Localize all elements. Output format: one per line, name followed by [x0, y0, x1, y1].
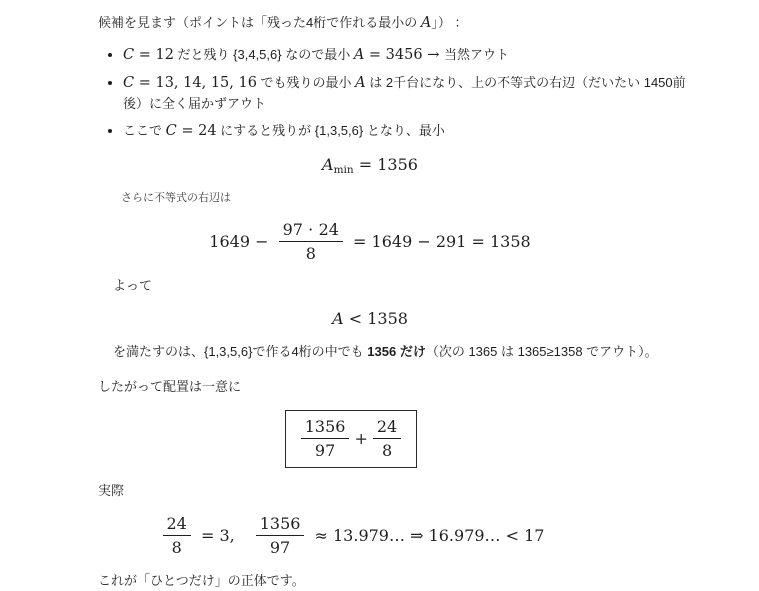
math-variable: A: [322, 155, 334, 174]
fraction-97x24-over-8: 97 ⋅ 248: [279, 220, 343, 263]
equation-a-bound: A < 1358: [113, 309, 627, 328]
segment-text: 」） ：: [431, 15, 467, 30]
segment-mathit: A: [421, 15, 431, 31]
segment-text: にすると残りが {1,3,5,6} となり、最小: [217, 123, 445, 138]
segment-text: でも残りの最小: [257, 75, 355, 90]
fraction-numerator: 24: [373, 417, 401, 438]
therefore-paragraph: したがって配置は一意に: [98, 377, 713, 397]
fraction-denominator: 97: [301, 438, 350, 460]
fraction-denominator: 8: [373, 438, 401, 460]
fraction-denominator: 8: [279, 241, 343, 263]
segment-mathit: C: [123, 47, 134, 63]
segment-math: = 3456 →: [364, 47, 444, 63]
satisfy-paragraph: を満たすのは、{1,3,5,6}で作る4桁の中でも 1356 だけ（次の 136…: [113, 342, 713, 362]
math-lead: 1649 −: [209, 232, 273, 251]
math-subscript: min: [334, 164, 354, 176]
math-rhs: < 1358: [344, 309, 408, 328]
segment-mathit: C: [123, 75, 134, 91]
math-rhs: = 1356: [354, 155, 418, 174]
connective-yotte: よって: [113, 276, 713, 296]
note-rhs-of-inequality: さらに不等式の右辺は: [121, 190, 713, 207]
equation-rhs-calculation: 1649 − 97 ⋅ 248 = 1649 − 291 = 1358: [113, 220, 627, 263]
equation-boxed-result: 135697+248: [98, 410, 604, 468]
equation-a-min: Amin = 1356: [113, 155, 627, 177]
fraction-numerator: 1356: [301, 417, 350, 438]
segment-text: （次の 1365 は 1365≥1358 でアウト）。: [426, 344, 658, 359]
segment-math: = 13, 14, 15, 16: [134, 75, 257, 91]
list-item-c24: ここで C = 24 にすると残りが {1,3,5,6} となり、最小: [123, 120, 688, 142]
segment-text: だと残り {3,4,5,6} なので最小: [174, 47, 354, 62]
segment-mathit: C: [166, 123, 177, 139]
math-tail: = 1649 − 291 = 1358: [348, 232, 531, 251]
math-answer-document: 候補を見ます（ポイントは「残った4桁で作れる最小の A」） ： C = 12 だ…: [98, 12, 713, 488]
list-item-c13-16: C = 13, 14, 15, 16 でも残りの最小 A は 2千台になり、上の…: [123, 72, 688, 115]
segment-mathit: A: [354, 47, 364, 63]
actually-paragraph: 実際: [98, 481, 713, 488]
segment-bold: 1356 だけ: [367, 344, 426, 359]
intro-paragraph: 候補を見ます（ポイントは「残った4桁で作れる最小の A」） ：: [98, 12, 713, 34]
segment-math: = 24: [177, 123, 217, 139]
segment-text: 候補を見ます（ポイントは「残った4桁で作れる最小の: [98, 15, 421, 30]
fraction-24-over-8: 248: [373, 417, 401, 460]
segment-text: 当然アウト: [444, 47, 509, 62]
math-variable: A: [332, 309, 344, 328]
list-item-c12: C = 12 だと残り {3,4,5,6} なので最小 A = 3456 → 当…: [123, 44, 688, 66]
segment-text: を満たすのは、{1,3,5,6}で作る4桁の中でも: [113, 344, 367, 359]
fraction-numerator: 97 ⋅ 24: [279, 220, 343, 241]
fraction-1356-over-97: 135697: [301, 417, 350, 460]
math-operator: +: [354, 429, 367, 448]
candidate-bullet-list: C = 12 だと残り {3,4,5,6} なので最小 A = 3456 → 当…: [98, 44, 688, 142]
segment-mathit: A: [355, 75, 365, 91]
segment-text: ここで: [123, 123, 166, 138]
boxed-expression: 135697+248: [285, 410, 417, 468]
list-continuation-block: Amin = 1356 さらに不等式の右辺は 1649 − 97 ⋅ 248 =…: [113, 155, 713, 362]
segment-math: = 12: [134, 47, 174, 63]
